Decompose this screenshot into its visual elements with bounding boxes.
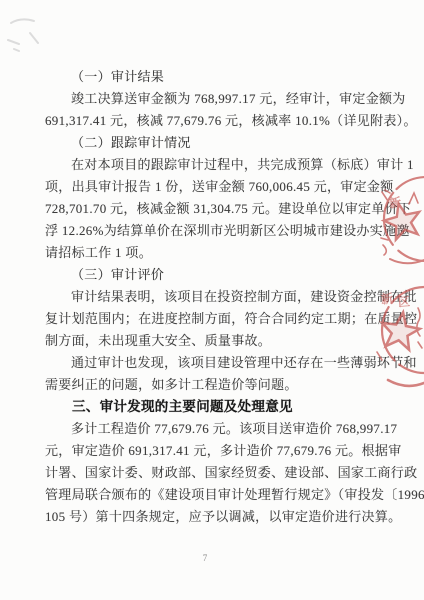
scan-smudge <box>8 19 38 51</box>
text-line: 多计工程造价 77,679.76 元。该项目送审造价 768,997.17 <box>45 418 391 440</box>
text-line: 105 号）第十四条规定，应予以调减，以审定造价进行决算。 <box>45 506 391 528</box>
text-line: 在对本项目的跟踪审计过程中，共完成预算（标底）审计 1 <box>45 154 391 176</box>
text-line: 项，出具审计报告 1 份，送审金额 760,006.45 元，审定金额 <box>45 176 391 198</box>
scanned-document-page: （一）审计结果 竣工决算送审金额为 768,997.17 元，经审计，审定金额为… <box>0 0 424 600</box>
main-heading: 三、审计发现的主要问题及处理意见 <box>45 396 391 418</box>
text-line: 复计划范围内；在进度控制方面，符合合同约定工期；在质量控 <box>45 308 391 330</box>
section-heading: （三）审计评价 <box>45 264 391 286</box>
text-line: 制方面，未出现重大安全、质量事故。 <box>45 330 391 352</box>
section-heading: （二）跟踪审计情况 <box>45 132 391 154</box>
page-number: 7 <box>0 553 410 563</box>
text-line: 计署、国家计委、财政部、国家经贸委、建设部、国家工商行政 <box>45 462 391 484</box>
text-line: 通过审计也发现，该项目建设管理中还存在一些薄弱环节和 <box>45 352 391 374</box>
text-line: 请招标工作 1 项。 <box>45 242 391 264</box>
text-line: 691,317.41 元，核减 77,679.76 元，核减率 10.1%（详见… <box>45 110 391 132</box>
document-body: （一）审计结果 竣工决算送审金额为 768,997.17 元，经审计，审定金额为… <box>45 66 391 528</box>
text-line: 728,701.70 元，核减金额 31,304.75 元。建设单位以审定单价下 <box>45 198 391 220</box>
text-line: 管理局联合颁布的《建设项目审计处理暂行规定》（审投发〔1996〕 <box>45 484 391 506</box>
section-heading: （一）审计结果 <box>45 66 391 88</box>
text-line: 需要纠正的问题，如多计工程造价等问题。 <box>45 374 391 396</box>
text-line: 竣工决算送审金额为 768,997.17 元，经审计，审定金额为 <box>45 88 391 110</box>
text-line: 审计结果表明，该项目在投资控制方面，建设资金控制在批 <box>45 286 391 308</box>
text-line: 元，审定造价 691,317.41 元，多计造价 77,679.76 元。根据审 <box>45 440 391 462</box>
text-line: 浮 12.26%为结算单价在深圳市光明新区公明城市建设办实施邀 <box>45 220 391 242</box>
